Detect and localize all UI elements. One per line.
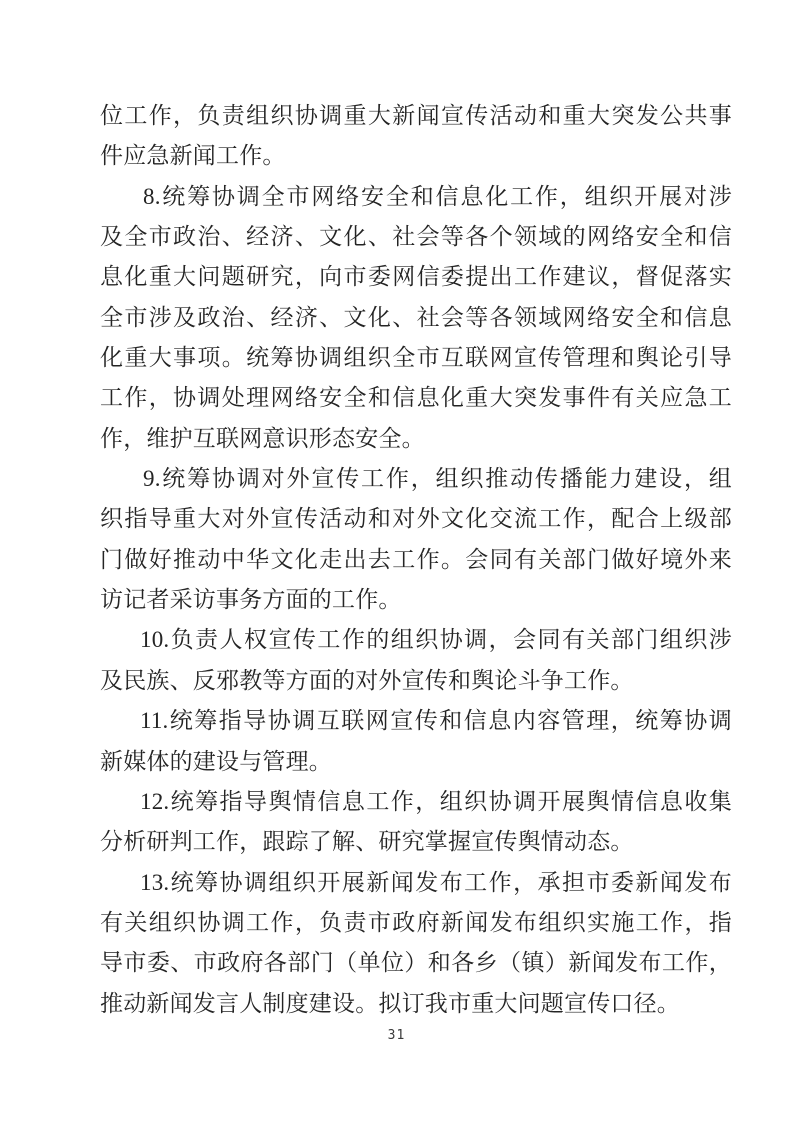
text-line: 分析研判工作，跟踪了解、研究掌握宣传舆情动态。 [100,822,732,862]
document-body: 位工作，负责组织协调重大新闻宣传活动和重大突发公共事件应急新闻工作。8.统筹协调… [100,96,732,1024]
text-line: 及全市政治、经济、文化、社会等各个领域的网络安全和信 [100,217,732,257]
text-line: 件应急新闻工作。 [100,136,732,176]
text-line: 导市委、市政府各部门（单位）和各乡（镇）新闻发布工作， [100,943,732,983]
text-line: 工作，协调处理网络安全和信息化重大突发事件有关应急工 [100,378,732,418]
text-line: 位工作，负责组织协调重大新闻宣传活动和重大突发公共事 [100,96,732,136]
text-line: 新媒体的建设与管理。 [100,742,732,782]
page-number: 31 [388,1028,406,1043]
text-line: 8.统筹协调全市网络安全和信息化工作，组织开展对涉 [100,177,732,217]
text-line: 门做好推动中华文化走出去工作。会同有关部门做好境外来 [100,540,732,580]
text-line: 及民族、反邪教等方面的对外宣传和舆论斗争工作。 [100,661,732,701]
text-line: 12.统筹指导舆情信息工作，组织协调开展舆情信息收集 [100,782,732,822]
text-line: 推动新闻发言人制度建设。拟订我市重大问题宣传口径。 [100,984,732,1024]
text-line: 9.统筹协调对外宣传工作，组织推动传播能力建设，组 [100,459,732,499]
text-line: 织指导重大对外宣传活动和对外文化交流工作，配合上级部 [100,499,732,539]
text-line: 13.统筹协调组织开展新闻发布工作，承担市委新闻发布 [100,863,732,903]
page-footer: 31 [0,1026,793,1044]
text-line: 有关组织协调工作，负责市政府新闻发布组织实施工作，指 [100,903,732,943]
text-line: 全市涉及政治、经济、文化、社会等各领域网络安全和信息 [100,298,732,338]
text-line: 11.统筹指导协调互联网宣传和信息内容管理，统筹协调 [100,701,732,741]
text-line: 访记者采访事务方面的工作。 [100,580,732,620]
text-line: 作，维护互联网意识形态安全。 [100,419,732,459]
text-line: 10.负责人权宣传工作的组织协调，会同有关部门组织涉 [100,620,732,660]
text-line: 化重大事项。统筹协调组织全市互联网宣传管理和舆论引导 [100,338,732,378]
text-line: 息化重大问题研究，向市委网信委提出工作建议，督促落实 [100,257,732,297]
document-page: 位工作，负责组织协调重大新闻宣传活动和重大突发公共事件应急新闻工作。8.统筹协调… [0,0,793,1122]
